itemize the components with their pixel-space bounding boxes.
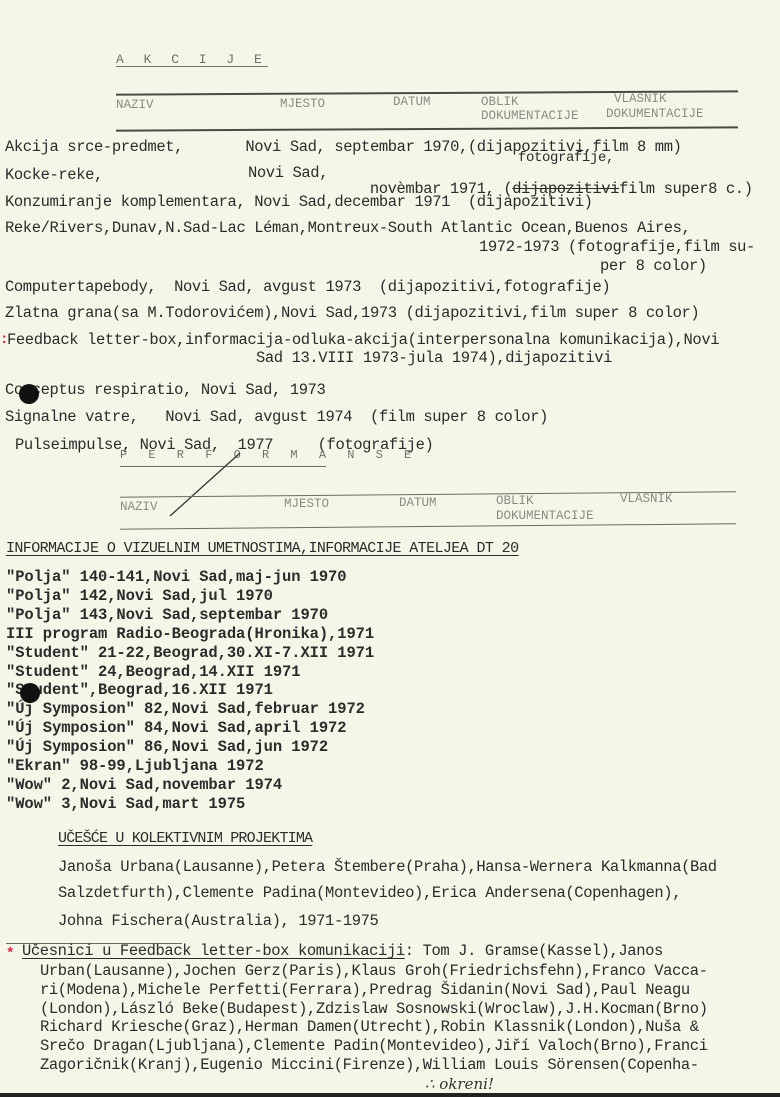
kolektivni-line: Salzdetfurth),Clemente Padina(Montevideo… xyxy=(58,884,681,902)
red-asterisk-marker: * xyxy=(6,946,14,962)
informacija-item: "Ekran" 98-99,Ljubljana 1972 xyxy=(6,757,264,775)
akcija-row-cont: Sad 13.VIII 1973-jula 1974),dijapozitivi xyxy=(256,349,612,367)
performanse-col-oblik-1: OBLIK xyxy=(496,494,534,508)
akcija-row-place: Novi Sad, xyxy=(248,164,328,182)
informacija-item: III program Radio-Beograda(Hronika),1971 xyxy=(6,625,374,643)
ucesnici-line: Srečo Dragan(Ljubljana),Clemente Padin(M… xyxy=(40,1037,708,1055)
akcije-col-naziv: NAZIV xyxy=(116,98,154,112)
handwritten-note: ∴ okreni! xyxy=(425,1075,494,1093)
akcije-col-vlasnik-1: VLASNIK xyxy=(614,92,667,106)
informacija-item: "Student" 24,Beograd,14.XII 1971 xyxy=(6,663,300,681)
kolektivni-line: Janoša Urbana(Lausanne),Petera Štembere(… xyxy=(58,858,717,876)
akcije-col-oblik-2: DOKUMENTACIJE xyxy=(481,109,579,123)
page-bottom-edge xyxy=(0,1093,780,1097)
performanse-header-bottom-rule xyxy=(120,523,736,529)
informacija-item: "Új Symposion" 84,Novi Sad,april 1972 xyxy=(6,719,346,737)
akcije-col-vlasnik-2: DOKUMENTACIJE xyxy=(606,107,704,121)
slash-mark xyxy=(165,450,245,520)
ucesnici-title: Učesnici u Feedback letter-box komunikac… xyxy=(22,942,405,960)
informacija-item: "Wow" 2,Novi Sad,novembar 1974 xyxy=(6,776,282,794)
akcija-row: Computertapebody, Novi Sad, avgust 1973 … xyxy=(5,278,610,296)
punch-hole xyxy=(19,384,39,404)
kolektivni-line: Johna Fischera(Australia), 1971-1975 xyxy=(58,912,378,930)
akcija-row: Kocke-reke, xyxy=(5,166,103,184)
informacija-item: "Polja" 143,Novi Sad,septembar 1970 xyxy=(6,606,328,624)
ucesnici-first-line: Učesnici u Feedback letter-box komunikac… xyxy=(22,942,663,960)
ucesnici-line: (London),László Beke(Budapest),Zdzislaw … xyxy=(40,1000,708,1018)
akcija-row: Reke/Rivers,Dunav,N.Sad-Lac Léman,Montre… xyxy=(5,219,690,237)
akcije-col-oblik-1: OBLIK xyxy=(481,95,519,109)
ucesnici-line: Richard Kriesche(Graz),Herman Damen(Utre… xyxy=(40,1018,699,1036)
kolektivni-title: UČEŠĆE U KOLEKTIVNIM PROJEKTIMA xyxy=(58,830,312,847)
ucesnici-first-rest: : Tom J. Gramse(Kassel),Janos xyxy=(405,942,663,960)
akcija-row: Conceptus respiratio, Novi Sad, 1973 xyxy=(5,381,325,399)
informacija-item: "Polja" 140-141,Novi Sad,maj-jun 1970 xyxy=(6,568,346,586)
performanse-col-naziv: NAZIV xyxy=(120,500,158,514)
informacija-item: "Student",Beograd,16.XII 1971 xyxy=(6,681,273,699)
akcije-col-mjesto: MJESTO xyxy=(280,97,325,111)
ucesnici-line: ri(Modena),Michele Perfetti(Ferrara),Pre… xyxy=(40,981,690,999)
informacija-item: "Új Symposion" 82,Novi Sad,februar 1972 xyxy=(6,700,365,718)
informacija-item: "Student" 21-22,Beograd,30.XI-7.XII 1971 xyxy=(6,644,374,662)
performanse-col-vlasnik-1: VLASNIK xyxy=(620,492,673,506)
akcije-col-datum: DATUM xyxy=(393,95,431,109)
akcije-title: A K C I J E xyxy=(116,52,268,67)
akcija-row-cont: 1972-1973 (fotografije,film su- xyxy=(479,238,755,256)
akcija-row-cont: per 8 color) xyxy=(600,257,707,275)
akcija-row: Signalne vatre, Novi Sad, avgust 1974 (f… xyxy=(5,408,548,426)
informacije-title: INFORMACIJE O VIZUELNIM UMETNOSTIMA,INFO… xyxy=(6,540,519,557)
inserted-correction: fotografije, xyxy=(518,150,614,166)
informacija-item: "Polja" 142,Novi Sad,jul 1970 xyxy=(6,587,273,605)
performanse-col-datum: DATUM xyxy=(399,496,437,510)
akcija-row: Zlatna grana(sa M.Todorovićem),Novi Sad,… xyxy=(5,304,699,322)
ucesnici-line: Zagoričnik(Kranj),Eugenio Miccini(Firenz… xyxy=(40,1056,699,1074)
akcija-row-doc: film super8 c.) xyxy=(619,180,753,198)
informacija-item: "Új Symposion" 86,Novi Sad,jun 1972 xyxy=(6,738,328,756)
akcije-header-bottom-rule xyxy=(116,126,738,131)
akcija-row: Konzumiranje komplementara, Novi Sad,dec… xyxy=(5,193,593,211)
akcija-row: Feedback letter-box,informacija-odluka-a… xyxy=(7,331,719,349)
punch-hole xyxy=(20,683,40,703)
performanse-col-mjesto: MJESTO xyxy=(284,497,329,511)
performanse-col-oblik-2: DOKUMENTACIJE xyxy=(496,509,594,523)
informacija-item: "Wow" 3,Novi Sad,mart 1975 xyxy=(6,795,245,813)
ucesnici-line: Urban(Lausanne),Jochen Gerz(Paris),Klaus… xyxy=(40,962,708,980)
